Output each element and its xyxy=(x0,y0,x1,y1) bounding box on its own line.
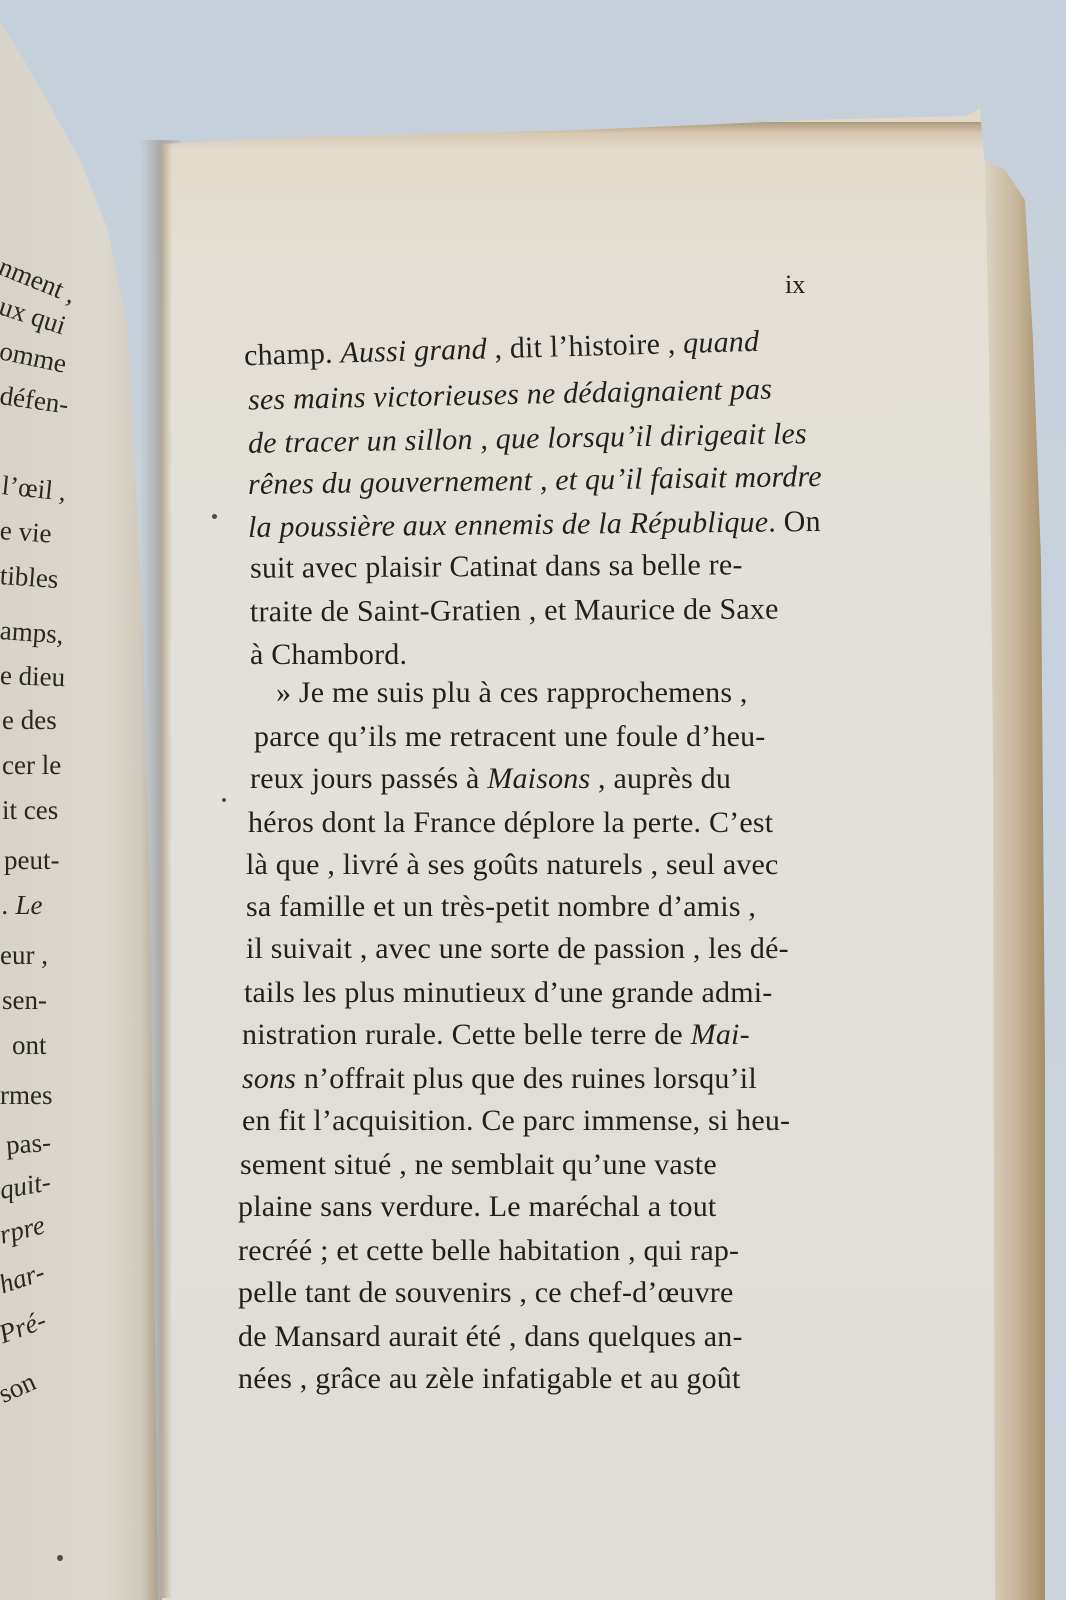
text-segment: . On xyxy=(768,505,821,539)
text-segment: de Mansard aurait été , dans quelques an… xyxy=(238,1320,743,1353)
text-line: nées , grâce au zèle infatigable et au g… xyxy=(238,1364,741,1394)
italic-text-segment: Aussi grand xyxy=(340,332,487,369)
text-segment: nées , grâce au zèle infatigable et au g… xyxy=(238,1362,741,1395)
text-segment: il suivait , avec une sorte de passion ,… xyxy=(246,932,789,965)
left-page-text-fragment: quit- xyxy=(0,1166,53,1205)
text-line: pelle tant de souvenirs , ce chef-d’œuvr… xyxy=(238,1278,734,1308)
italic-text-segment: quand xyxy=(683,325,760,360)
text-line: en fit l’acquisition. Ce parc immense, s… xyxy=(242,1106,790,1136)
text-segment: pelle tant de souvenirs , ce chef-d’œuvr… xyxy=(238,1276,734,1309)
text-line: recréé ; et cette belle habitation , qui… xyxy=(238,1236,739,1266)
text-segment: suit avec plaisir Catinat dans sa belle … xyxy=(250,548,743,584)
italic-text-segment: Maisons xyxy=(487,762,590,795)
text-segment: recréé ; et cette belle habitation , qui… xyxy=(238,1234,739,1267)
text-segment: n’offrait plus que des ruines lorsqu’il xyxy=(296,1062,757,1095)
text-line: parce qu’ils me retracent une foule d’he… xyxy=(254,722,766,752)
text-line: traite de Saint-Gratien , et Maurice de … xyxy=(250,595,779,628)
italic-text-segment: sons xyxy=(242,1062,296,1095)
left-page-text-fragment: défen- xyxy=(0,380,70,420)
left-page-text-fragment: har- xyxy=(0,1257,49,1301)
text-line: sa famille et un très-petit nombre d’ami… xyxy=(246,892,756,922)
left-page-text-fragment: e des xyxy=(2,705,57,736)
text-segment: nistration rurale. Cette belle terre de xyxy=(242,1018,691,1051)
left-page-text-fragment: eur , xyxy=(0,940,48,971)
ink-speck xyxy=(57,1555,63,1561)
left-page-text-fragment: peut- xyxy=(4,845,59,876)
text-segment: sa famille et un très-petit nombre d’ami… xyxy=(246,890,756,923)
text-segment: parce qu’ils me retracent une foule d’he… xyxy=(254,720,766,753)
text-segment: en fit l’acquisition. Ce parc immense, s… xyxy=(242,1104,790,1137)
text-segment: , auprès du xyxy=(590,762,731,795)
italic-text-segment: Mai- xyxy=(691,1018,750,1051)
left-page-text-fragment: l’œil , xyxy=(0,470,67,508)
ink-speck xyxy=(222,798,226,802)
left-page-text-fragment: son xyxy=(0,1366,41,1410)
text-line: reux jours passés à Maisons , auprès du xyxy=(250,764,731,794)
text-segment: , dit l’histoire , xyxy=(486,327,683,365)
italic-text-segment: la poussière aux ennemis de la Républiqu… xyxy=(248,506,769,544)
text-line: nistration rurale. Cette belle terre de … xyxy=(242,1020,750,1050)
left-page-text-fragment: amps, xyxy=(0,615,65,650)
left-page-text-fragment: rmes xyxy=(0,1080,52,1111)
page-left-edge xyxy=(162,138,172,1598)
text-line: de Mansard aurait été , dans quelques an… xyxy=(238,1322,743,1352)
text-segment: héros dont la France déplore la perte. C… xyxy=(248,806,773,839)
text-line: sement situé , ne semblait qu’une vaste xyxy=(240,1150,717,1180)
text-segment: traite de Saint-Gratien , et Maurice de … xyxy=(250,593,779,629)
left-page-text-fragment: rpre xyxy=(0,1209,48,1250)
text-line: suit avec plaisir Catinat dans sa belle … xyxy=(250,550,743,583)
text-line: plaine sans verdure. Le maréchal a tout xyxy=(238,1192,716,1222)
text-line: héros dont la France déplore la perte. C… xyxy=(248,808,773,838)
left-page-text-fragment: omme xyxy=(0,335,69,379)
text-segment: tails les plus minutieux d’une grande ad… xyxy=(244,976,773,1009)
left-page-text-fragment: pas- xyxy=(5,1127,52,1161)
left-page-text-fragment: it ces xyxy=(2,795,58,826)
page-number: ix xyxy=(785,270,805,300)
text-segment: à Chambord. xyxy=(250,638,407,671)
text-line: à Chambord. xyxy=(250,640,407,670)
text-segment: » Je me suis plu à ces rapprochemens , xyxy=(276,676,748,709)
text-line: il suivait , avec une sorte de passion ,… xyxy=(246,934,789,964)
text-line: » Je me suis plu à ces rapprochemens , xyxy=(276,678,748,708)
text-segment: reux jours passés à xyxy=(250,762,487,795)
left-page-text-fragment: e vie xyxy=(0,515,53,550)
left-page-text-fragment: ont xyxy=(12,1030,47,1061)
text-line: tails les plus minutieux d’une grande ad… xyxy=(244,978,773,1008)
left-page-text-fragment: sen- xyxy=(2,985,47,1016)
left-page-text-fragment: tibles xyxy=(0,560,59,595)
text-segment: là que , livré à ses goûts naturels , se… xyxy=(246,848,779,881)
left-page-text-fragment: e dieu xyxy=(0,660,66,693)
text-line: là que , livré à ses goûts naturels , se… xyxy=(246,850,779,880)
left-page-text-fragment: cer le xyxy=(2,750,61,781)
text-line: sons n’offrait plus que des ruines lorsq… xyxy=(242,1064,757,1094)
ink-speck xyxy=(212,514,217,519)
text-line: la poussière aux ennemis de la Républiqu… xyxy=(248,507,821,543)
text-segment: champ. xyxy=(244,337,341,373)
left-page-text-fragment: . Le xyxy=(2,890,43,921)
text-segment: plaine sans verdure. Le maréchal a tout xyxy=(238,1190,716,1223)
left-page-text-fragment: Pré- xyxy=(0,1305,50,1351)
text-segment: sement situé , ne semblait qu’une vaste xyxy=(240,1148,717,1181)
